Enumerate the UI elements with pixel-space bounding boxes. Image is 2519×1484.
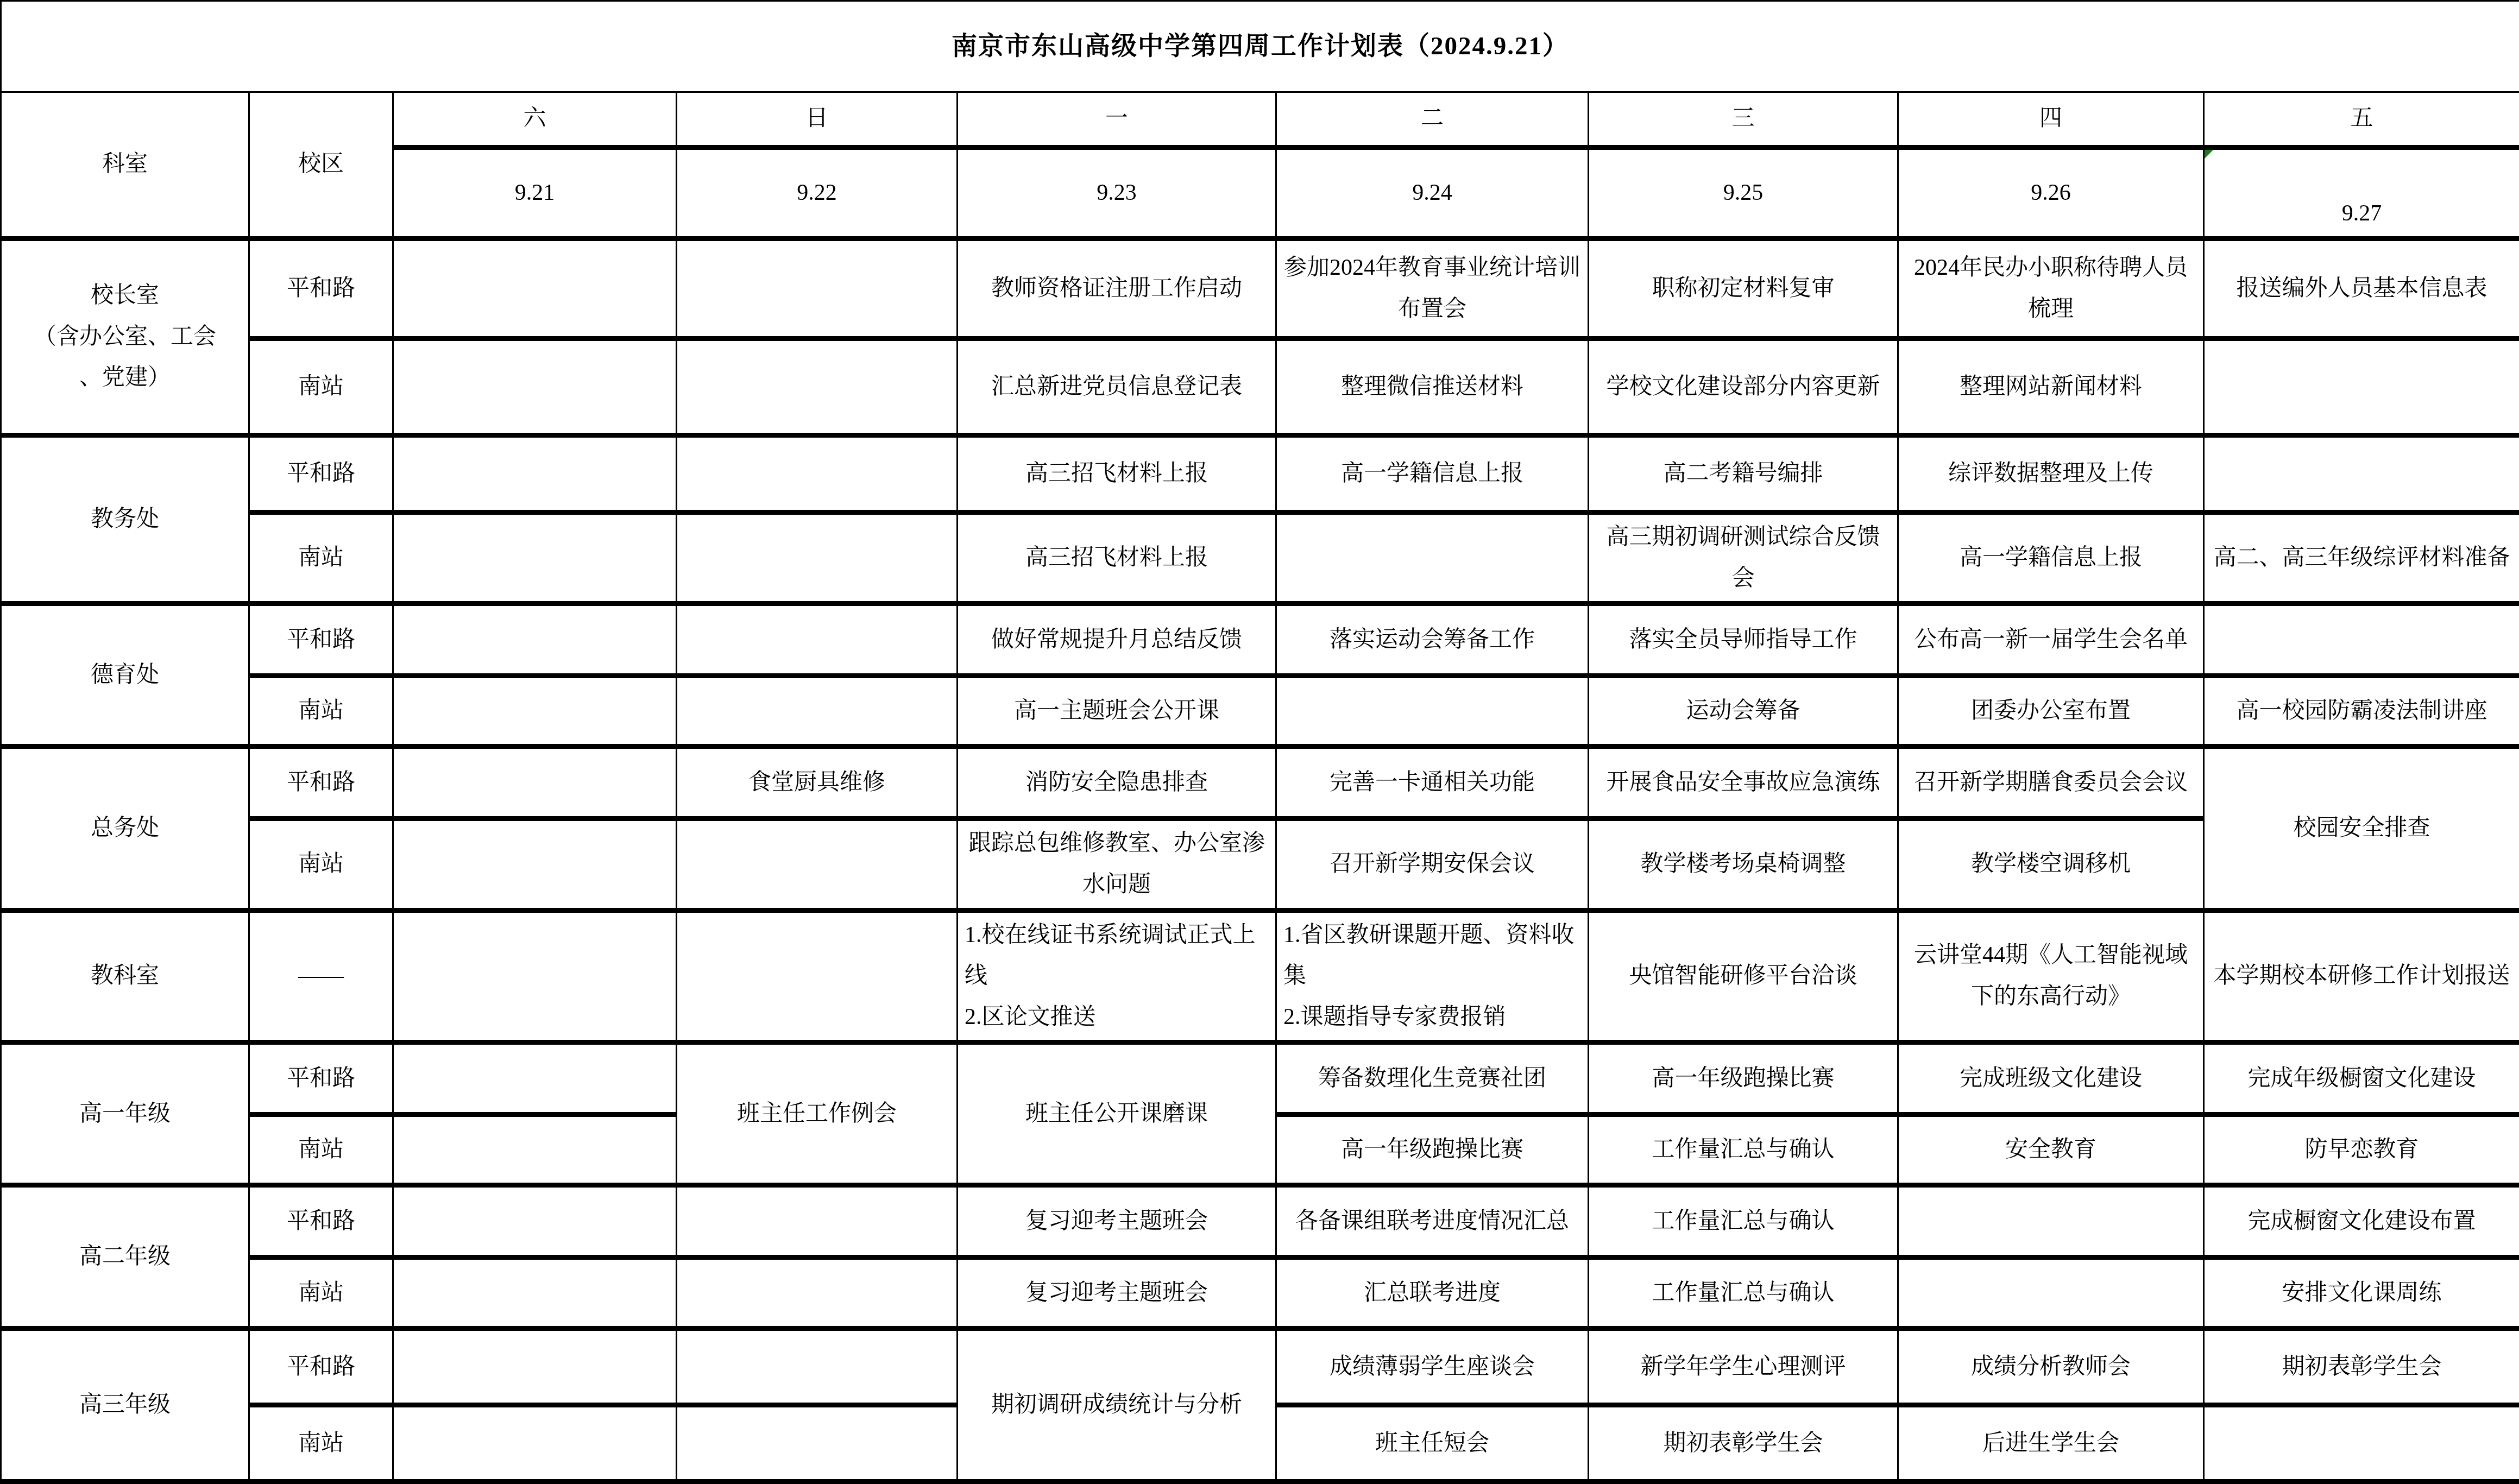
- schedule-cell: 完成橱窗文化建设布置: [2204, 1185, 2519, 1258]
- schedule-cell: [1276, 513, 1589, 604]
- schedule-cell: 汇总联考进度: [1276, 1258, 1589, 1329]
- schedule-cell: 工作量汇总与确认: [1589, 1258, 1898, 1329]
- campus-name: 南站: [249, 676, 393, 747]
- schedule-cell: 完成年级橱窗文化建设: [2204, 1043, 2519, 1115]
- schedule-cell: 召开新学期膳食委员会会议: [1898, 747, 2204, 819]
- campus-name: 平和路: [249, 1043, 393, 1115]
- schedule-cell: [1898, 1185, 2204, 1258]
- campus-name: 平和路: [249, 1185, 393, 1258]
- day-header: 六: [393, 92, 677, 148]
- schedule-cell: 整理微信推送材料: [1276, 339, 1589, 435]
- campus-name: 平和路: [249, 604, 393, 676]
- schedule-cell: 高三招飞材料上报: [958, 435, 1276, 513]
- campus-name: 南站: [249, 339, 393, 435]
- schedule-cell: [677, 1405, 958, 1482]
- schedule-cell: 运动会筹备: [1589, 676, 1898, 747]
- schedule-cell: 1.省区教研课题开题、资料收集 2.课题指导专家费报销: [1276, 910, 1589, 1043]
- date-header: 9.27: [2204, 148, 2519, 239]
- schedule-cell: [393, 1115, 677, 1185]
- schedule-cell: 高二考籍号编排: [1589, 435, 1898, 513]
- schedule-cell: 教学楼考场桌椅调整: [1589, 819, 1898, 910]
- schedule-cell: 高一校园防霸凌法制讲座: [2204, 676, 2519, 747]
- date-header: 9.25: [1589, 148, 1898, 239]
- schedule-cell: [393, 1405, 677, 1482]
- date-header: 9.26: [1898, 148, 2204, 239]
- campus-name: 平和路: [249, 239, 393, 339]
- schedule-cell: [677, 435, 958, 513]
- schedule-cell: 落实运动会筹备工作: [1276, 604, 1589, 676]
- schedule-cell: 复习迎考主题班会: [958, 1185, 1276, 1258]
- schedule-cell: 防早恋教育: [2204, 1115, 2519, 1185]
- dept-name: 高一年级: [1, 1043, 249, 1185]
- schedule-cell: 高一学籍信息上报: [1276, 435, 1589, 513]
- schedule-cell: 工作量汇总与确认: [1589, 1115, 1898, 1185]
- campus-name: 平和路: [249, 435, 393, 513]
- schedule-cell: 新学年学生心理测评: [1589, 1329, 1898, 1405]
- dept-name: 德育处: [1, 604, 249, 747]
- campus-name: 南站: [249, 1258, 393, 1329]
- schedule-cell: 高一年级跑操比赛: [1276, 1115, 1589, 1185]
- schedule-cell: 教学楼空调移机: [1898, 819, 2204, 910]
- schedule-cell: [393, 747, 677, 819]
- schedule-cell: 做好常规提升月总结反馈: [958, 604, 1276, 676]
- schedule-cell: 公布高一新一届学生会名单: [1898, 604, 2204, 676]
- schedule-cell: [393, 604, 677, 676]
- schedule-cell: 高二、高三年级综评材料准备: [2204, 513, 2519, 604]
- schedule-cell-merged: 校园安全排查: [2204, 747, 2519, 910]
- schedule-cell: 安全教育: [1898, 1115, 2204, 1185]
- schedule-cell: [677, 819, 958, 910]
- schedule-cell: 综评数据整理及上传: [1898, 435, 2204, 513]
- schedule-cell: 央馆智能研修平台洽谈: [1589, 910, 1898, 1043]
- date-header: 9.23: [958, 148, 1276, 239]
- schedule-cell: 职称初定材料复审: [1589, 239, 1898, 339]
- dept-name: 总务处: [1, 747, 249, 910]
- table-title: 南京市东山高级中学第四周工作计划表（2024.9.21）: [1, 1, 2519, 92]
- schedule-cell: 消防安全隐患排查: [958, 747, 1276, 819]
- date-header: 9.24: [1276, 148, 1589, 239]
- campus-name: 南站: [249, 1405, 393, 1482]
- schedule-cell: 跟踪总包维修教室、办公室渗水问题: [958, 819, 1276, 910]
- schedule-cell-merged: 期初调研成绩统计与分析: [958, 1329, 1276, 1482]
- schedule-cell: [2204, 339, 2519, 435]
- weekly-work-plan-table: 南京市东山高级中学第四周工作计划表（2024.9.21） 科室 校区 六 日 一…: [0, 0, 2519, 1484]
- schedule-cell: 复习迎考主题班会: [958, 1258, 1276, 1329]
- schedule-cell: 高一年级跑操比赛: [1589, 1043, 1898, 1115]
- schedule-cell: 期初表彰学生会: [1589, 1405, 1898, 1482]
- schedule-cell: [393, 1329, 677, 1405]
- schedule-cell-merged: 班主任公开课磨课: [958, 1043, 1276, 1185]
- day-header: 三: [1589, 92, 1898, 148]
- schedule-cell: 开展食品安全事故应急演练: [1589, 747, 1898, 819]
- day-header: 四: [1898, 92, 2204, 148]
- schedule-cell: [677, 676, 958, 747]
- schedule-cell: 后进生学生会: [1898, 1405, 2204, 1482]
- date-header: 9.21: [393, 148, 677, 239]
- campus-name: 南站: [249, 819, 393, 910]
- schedule-cell: 参加2024年教育事业统计培训布置会: [1276, 239, 1589, 339]
- schedule-cell: [677, 239, 958, 339]
- schedule-cell: [677, 513, 958, 604]
- dept-name: 教务处: [1, 435, 249, 604]
- campus-name: ——: [249, 910, 393, 1043]
- schedule-cell: [1276, 676, 1589, 747]
- schedule-cell: [393, 435, 677, 513]
- schedule-cell: [393, 1258, 677, 1329]
- schedule-cell: [393, 513, 677, 604]
- schedule-cell: 成绩分析教师会: [1898, 1329, 2204, 1405]
- schedule-cell: 高一学籍信息上报: [1898, 513, 2204, 604]
- schedule-cell-merged: 班主任工作例会: [677, 1043, 958, 1185]
- dept-name: 高三年级: [1, 1329, 249, 1482]
- schedule-cell: 本学期校本研修工作计划报送: [2204, 910, 2519, 1043]
- schedule-cell: 成绩薄弱学生座谈会: [1276, 1329, 1589, 1405]
- schedule-cell: [677, 1258, 958, 1329]
- schedule-cell: 报送编外人员基本信息表: [2204, 239, 2519, 339]
- schedule-cell: 教师资格证注册工作启动: [958, 239, 1276, 339]
- schedule-cell: [677, 339, 958, 435]
- schedule-cell: [677, 1185, 958, 1258]
- schedule-cell: 筹备数理化生竞赛社团: [1276, 1043, 1589, 1115]
- schedule-cell: 各备课组联考进度情况汇总: [1276, 1185, 1589, 1258]
- schedule-cell: 汇总新进党员信息登记表: [958, 339, 1276, 435]
- schedule-cell: 学校文化建设部分内容更新: [1589, 339, 1898, 435]
- schedule-cell: [393, 676, 677, 747]
- campus-name: 平和路: [249, 1329, 393, 1405]
- schedule-cell: 2024年民办小职称待聘人员梳理: [1898, 239, 2204, 339]
- schedule-cell: [393, 1043, 677, 1115]
- campus-name: 南站: [249, 513, 393, 604]
- schedule-cell: 1.校在线证书系统调试正式上线 2.区论文推送: [958, 910, 1276, 1043]
- schedule-cell: 高一主题班会公开课: [958, 676, 1276, 747]
- schedule-cell: [393, 339, 677, 435]
- schedule-cell: [2204, 435, 2519, 513]
- schedule-cell: 团委办公室布置: [1898, 676, 2204, 747]
- schedule-cell: 班主任短会: [1276, 1405, 1589, 1482]
- campus-name: 平和路: [249, 747, 393, 819]
- dept-name: 高二年级: [1, 1185, 249, 1329]
- schedule-cell: 高三招飞材料上报: [958, 513, 1276, 604]
- schedule-cell: [677, 1329, 958, 1405]
- dept-name: 教科室: [1, 910, 249, 1043]
- schedule-cell: [393, 910, 677, 1043]
- schedule-cell: [2204, 604, 2519, 676]
- header-dept: 科室: [1, 92, 249, 239]
- schedule-cell: 云讲堂44期《人工智能视域下的东高行动》: [1898, 910, 2204, 1043]
- header-campus: 校区: [249, 92, 393, 239]
- day-header: 日: [677, 92, 958, 148]
- schedule-cell: [393, 239, 677, 339]
- schedule-cell: 完成班级文化建设: [1898, 1043, 2204, 1115]
- schedule-cell: 食堂厨具维修: [677, 747, 958, 819]
- schedule-cell: 落实全员导师指导工作: [1589, 604, 1898, 676]
- schedule-cell: [393, 819, 677, 910]
- schedule-cell: 期初表彰学生会: [2204, 1329, 2519, 1405]
- schedule-cell: 完善一卡通相关功能: [1276, 747, 1589, 819]
- day-header: 一: [958, 92, 1276, 148]
- schedule-cell: 召开新学期安保会议: [1276, 819, 1589, 910]
- schedule-cell: 高三期初调研测试综合反馈会: [1589, 513, 1898, 604]
- day-header: 二: [1276, 92, 1589, 148]
- campus-name: 南站: [249, 1115, 393, 1185]
- day-header: 五: [2204, 92, 2519, 148]
- schedule-cell: 整理网站新闻材料: [1898, 339, 2204, 435]
- schedule-cell: [2204, 1405, 2519, 1482]
- schedule-cell: 安排文化课周练: [2204, 1258, 2519, 1329]
- cell-flag-indicator: [2205, 150, 2213, 159]
- date-header-label: 9.27: [2342, 201, 2382, 226]
- schedule-cell: [393, 1185, 677, 1258]
- date-header: 9.22: [677, 148, 958, 239]
- schedule-cell: [677, 910, 958, 1043]
- dept-name: 校长室 （含办公室、工会 、党建）: [1, 239, 249, 435]
- schedule-cell: 工作量汇总与确认: [1589, 1185, 1898, 1258]
- schedule-cell: [1898, 1258, 2204, 1329]
- schedule-cell: [677, 604, 958, 676]
